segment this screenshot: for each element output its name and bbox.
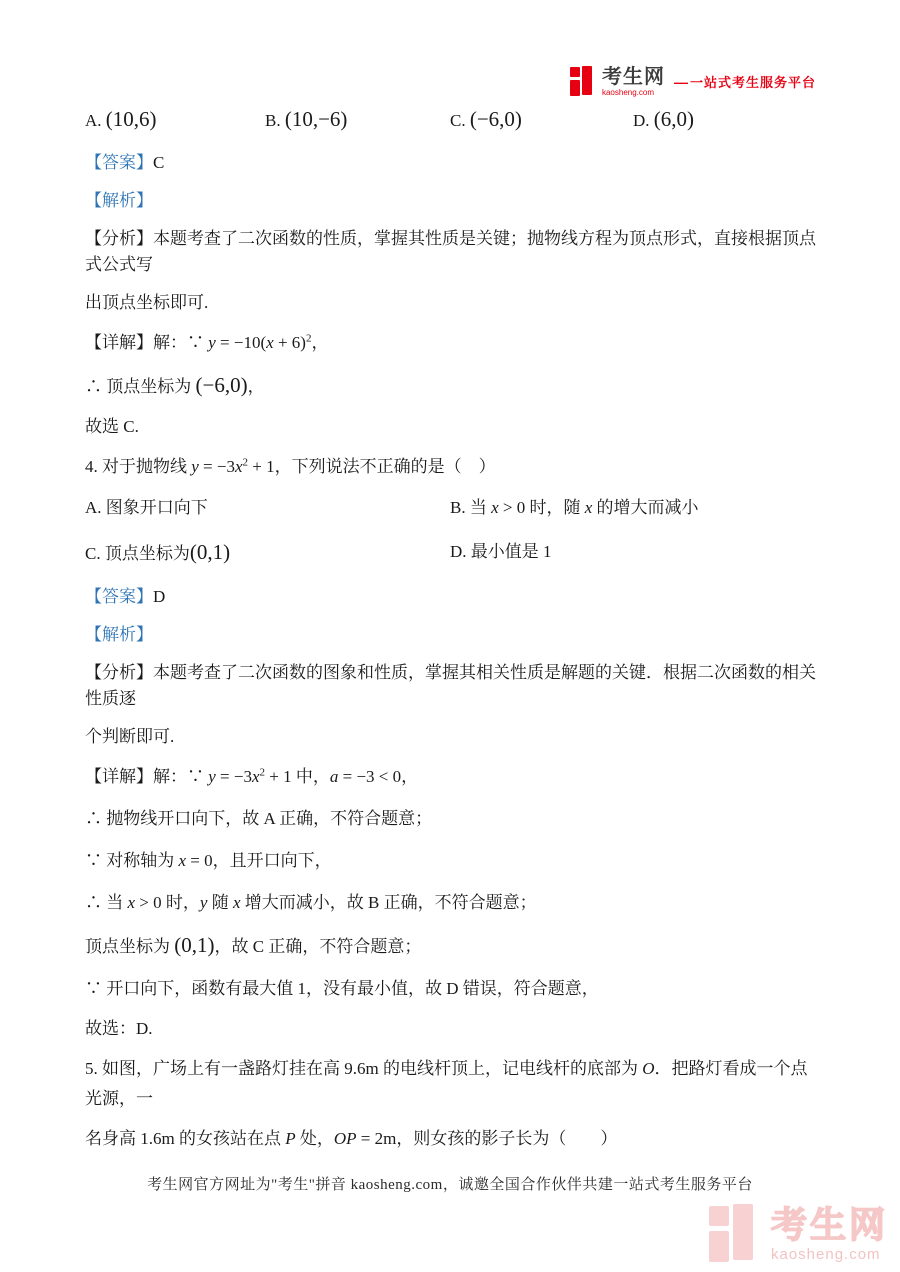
- text-segment: x: [252, 767, 260, 786]
- text-segment: = 0，且开口向下，: [186, 851, 332, 870]
- text-segment: (0,1): [190, 540, 230, 564]
- para-statement: ∵ 开口向下，函数有最大值 1，没有最小值，故 D 错误，符合题意，: [85, 974, 817, 1004]
- text-segment: ，故 C 正确，不符合题意；: [215, 937, 422, 956]
- text-segment: ∴ 当: [85, 893, 128, 912]
- para-statement: ∴ 抛物线开口向下，故 A 正确，不符合题意；: [85, 804, 817, 834]
- logo-brand: 考生网 kaosheng.com: [602, 67, 665, 97]
- text-segment: 顶点坐标为: [85, 937, 174, 956]
- option-cell: B. 当 x > 0 时，随 x 的增大而减小: [450, 494, 817, 522]
- text-segment: x: [235, 457, 243, 476]
- text-segment: C. 顶点坐标为: [85, 544, 190, 563]
- logo-brand-name: 考生网: [602, 67, 665, 87]
- text-segment: x: [179, 851, 187, 870]
- text-segment: = −3: [199, 457, 235, 476]
- text-segment: 增大而减小，故 B 正确，不符合题意；: [240, 893, 536, 912]
- option-cell: D. 最小值是 1: [450, 538, 817, 568]
- blue-label: 【解析】: [85, 191, 153, 210]
- para-detail: 【详解】解：∵ y = −10(x + 6)2，: [85, 328, 817, 358]
- text-segment: = 2m，则女孩的影子长为（ ）: [357, 1129, 618, 1148]
- text-segment: 的增大而减小: [592, 498, 698, 517]
- para-detail: 【详解】解：∵ y = −3x2 + 1 中，a = −3 < 0，: [85, 762, 817, 792]
- para-statement: ∴ 顶点坐标为 (−6,0)，: [85, 370, 817, 402]
- option-cell: B. (10,−6): [265, 104, 450, 136]
- option-cell: C. 顶点坐标为(0,1): [85, 538, 450, 568]
- text-segment: C.: [450, 111, 470, 130]
- logo-tagline: 一站式考生服务平台: [690, 72, 816, 91]
- option-cell: A. (10,6): [85, 104, 265, 136]
- text-segment: 名身高 1.6m 的女孩站在点: [85, 1129, 285, 1148]
- text-segment: 故选：D.: [85, 1019, 153, 1038]
- text-segment: (10,−6): [285, 107, 348, 131]
- text-segment: (6,0): [654, 107, 694, 131]
- para-options-row: A. (10,6)B. (10,−6)C. (−6,0)D. (6,0): [85, 104, 817, 136]
- text-segment: 处，: [296, 1129, 334, 1148]
- text-segment: 出顶点坐标即可.: [85, 293, 208, 312]
- text-segment: 【详解】解：∵: [85, 767, 208, 786]
- text-segment: O: [642, 1059, 654, 1078]
- text-segment: ∴ 顶点坐标为: [85, 377, 196, 396]
- option-cell: C. (−6,0): [450, 104, 633, 136]
- text-segment: + 6): [274, 333, 306, 352]
- text-segment: D.: [633, 111, 654, 130]
- text-segment: 随: [207, 893, 233, 912]
- text-segment: 【分析】本题考查了二次函数的图象和性质，掌握其相关性质是解题的关键．根据二次函数…: [85, 663, 816, 708]
- text-segment: x: [491, 498, 499, 517]
- text-segment: C: [153, 153, 164, 172]
- text-segment: B.: [265, 111, 285, 130]
- para-conclusion: 故选：D.: [85, 1016, 817, 1042]
- logo-dash: —: [674, 74, 688, 90]
- para-analysis-label: 【解析】: [85, 622, 817, 648]
- text-segment: ∵ 开口向下，函数有最大值 1，没有最小值，故 D 错误，符合题意，: [85, 979, 599, 998]
- para-answer: 【答案】C: [85, 150, 817, 176]
- text-segment: (−6,0): [196, 373, 248, 397]
- kaosheng-logo: 考生网 kaosheng.com — 一站式考生服务平台: [570, 66, 816, 97]
- para-statement: ∴ 当 x > 0 时，y 随 x 增大而减小，故 B 正确，不符合题意；: [85, 888, 817, 918]
- para-question: 4. 对于抛物线 y = −3x2 + 1，下列说法不正确的是（ ）: [85, 452, 817, 482]
- text-segment: y: [208, 767, 216, 786]
- para-conclusion: 故选 C.: [85, 414, 817, 440]
- text-segment: x: [266, 333, 274, 352]
- para-answer: 【答案】D: [85, 584, 817, 610]
- kaosheng-watermark: 考生网 kaosheng.com: [709, 1204, 888, 1264]
- para-options-row2: C. 顶点坐标为(0,1)D. 最小值是 1: [85, 538, 817, 568]
- text-segment: 5. 如图，广场上有一盏路灯挂在高 9.6m 的电线杆顶上，记电线杆的底部为: [85, 1059, 642, 1078]
- text-segment: 故选 C.: [85, 417, 139, 436]
- para-question-cont: 名身高 1.6m 的女孩站在点 P 处，OP = 2m，则女孩的影子长为（ ）: [85, 1126, 817, 1152]
- exam-document-page: 考生网 kaosheng.com — 一站式考生服务平台 A. (10,6)B.…: [0, 0, 900, 1272]
- logo-brand-domain: kaosheng.com: [602, 89, 665, 97]
- option-cell: A. 图象开口向下: [85, 494, 450, 522]
- text-segment: (−6,0): [470, 107, 522, 131]
- text-segment: y: [191, 457, 199, 476]
- text-segment: ，: [248, 377, 265, 396]
- para-options-row2: A. 图象开口向下B. 当 x > 0 时，随 x 的增大而减小: [85, 494, 817, 522]
- text-segment: y: [208, 333, 216, 352]
- text-segment: OP: [334, 1129, 357, 1148]
- text-segment: x: [128, 893, 136, 912]
- option-cell: D. (6,0): [633, 104, 817, 136]
- para-analysis-cont: 个判断即可.: [85, 724, 817, 750]
- watermark-brand-name: 考生网: [771, 1207, 888, 1243]
- kaosheng-logo-icon: [570, 66, 597, 97]
- text-segment: 【分析】本题考查了二次函数的性质，掌握其性质是关键；抛物线方程为顶点形式，直接根…: [85, 229, 816, 274]
- document-body: A. (10,6)B. (10,−6)C. (−6,0)D. (6,0)【答案】…: [85, 104, 817, 1164]
- text-segment: D. 最小值是 1: [450, 542, 552, 561]
- text-segment: + 1 中，: [265, 767, 330, 786]
- text-segment: (10,6): [106, 107, 157, 131]
- text-segment: B. 当: [450, 498, 491, 517]
- blue-label: 【答案】: [85, 587, 153, 606]
- para-analysis-label: 【解析】: [85, 188, 817, 214]
- watermark-brand-domain: kaosheng.com: [771, 1247, 888, 1262]
- text-segment: + 1，下列说法不正确的是（ ）: [248, 457, 496, 476]
- logo-tagline-wrap: — 一站式考生服务平台: [670, 72, 816, 91]
- watermark-text: 考生网 kaosheng.com: [771, 1207, 888, 1262]
- para-statement: 顶点坐标为 (0,1)，故 C 正确，不符合题意；: [85, 930, 817, 962]
- text-segment: 个判断即可.: [85, 727, 174, 746]
- para-analysis-cont: 出顶点坐标即可.: [85, 290, 817, 316]
- text-segment: A.: [85, 111, 106, 130]
- kaosheng-watermark-icon: [709, 1204, 761, 1264]
- text-segment: 【详解】解：∵: [85, 333, 208, 352]
- blue-label: 【解析】: [85, 625, 153, 644]
- text-segment: = −10(: [216, 333, 266, 352]
- text-segment: ，: [311, 333, 328, 352]
- text-segment: > 0 时，: [135, 893, 200, 912]
- para-question: 5. 如图，广场上有一盏路灯挂在高 9.6m 的电线杆顶上，记电线杆的底部为 O…: [85, 1054, 817, 1114]
- blue-label: 【答案】: [85, 153, 153, 172]
- text-segment: P: [285, 1129, 295, 1148]
- footer-note: 考生网官方网址为"考生"拼音 kaosheng.com，诚邀全国合作伙伴共建一站…: [0, 1173, 900, 1194]
- text-segment: (0,1): [174, 933, 214, 957]
- para-statement: ∵ 对称轴为 x = 0，且开口向下，: [85, 846, 817, 876]
- para-analysis: 【分析】本题考查了二次函数的图象和性质，掌握其相关性质是解题的关键．根据二次函数…: [85, 660, 817, 712]
- text-segment: = −3 < 0，: [338, 767, 418, 786]
- para-analysis: 【分析】本题考查了二次函数的性质，掌握其性质是关键；抛物线方程为顶点形式，直接根…: [85, 226, 817, 278]
- text-segment: ∵ 对称轴为: [85, 851, 179, 870]
- text-segment: = −3: [216, 767, 252, 786]
- text-segment: 4. 对于抛物线: [85, 457, 191, 476]
- text-segment: ∴ 抛物线开口向下，故 A 正确，不符合题意；: [85, 809, 432, 828]
- text-segment: > 0 时，随: [499, 498, 585, 517]
- text-segment: A. 图象开口向下: [85, 498, 208, 517]
- text-segment: D: [153, 587, 165, 606]
